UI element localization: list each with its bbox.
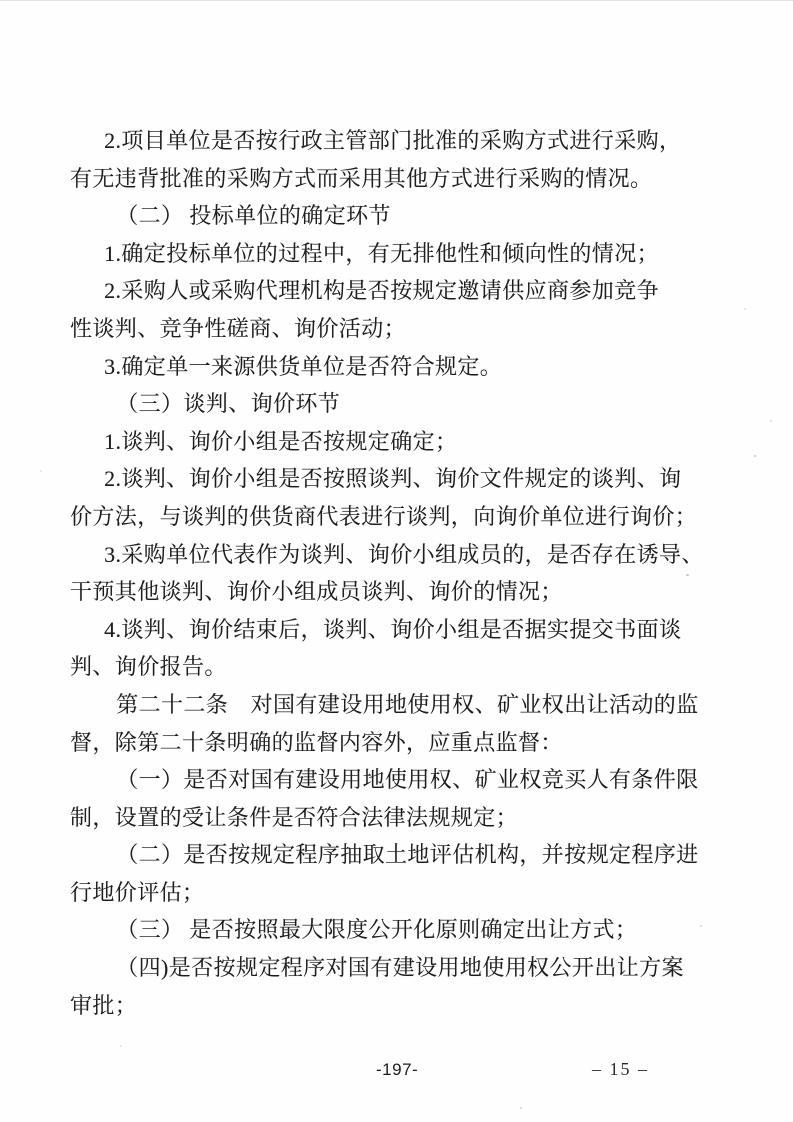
- text-line: 审批；: [70, 987, 670, 1025]
- text-line: （三）谈判、询价环节: [70, 385, 670, 423]
- text-line: 行地价评估；: [70, 874, 670, 912]
- text-line: 3.采购单位代表作为谈判、询价小组成员的，是否存在诱导、: [70, 536, 670, 574]
- footer-page-number-main: -197-: [376, 1060, 418, 1080]
- text-line: 判、询价报告。: [70, 648, 670, 686]
- scan-noise-speck: [754, 455, 756, 457]
- text-line: 第二十二条 对国有建设用地使用权、矿业权出让活动的监: [70, 686, 670, 724]
- text-line: 干预其他谈判、询价小组成员谈判、询价的情况；: [70, 573, 670, 611]
- text-line: 制，设置的受让条件是否符合法律法规规定；: [70, 799, 670, 837]
- scan-noise-speck: [120, 1045, 122, 1047]
- text-line: 2.项目单位是否按行政主管部门批准的采购方式进行采购，: [70, 122, 670, 160]
- text-line: 1.确定投标单位的过程中，有无排他性和倾向性的情况；: [70, 235, 670, 273]
- scan-noise-speck: [770, 420, 772, 422]
- document-body: 2.项目单位是否按行政主管部门批准的采购方式进行采购，有无违背批准的采购方式而采…: [70, 122, 670, 1024]
- scan-noise-speck: [520, 1107, 522, 1109]
- text-line: 督，除第二十条明确的监督内容外，应重点监督：: [70, 724, 670, 762]
- scan-noise-speck: [700, 925, 702, 927]
- footer-page-number-secondary: – 15 –: [592, 1059, 649, 1080]
- text-line: 2.采购人或采购代理机构是否按规定邀请供应商参加竞争: [70, 272, 670, 310]
- text-line: （一）是否对国有建设用地使用权、矿业权竞买人有条件限: [70, 761, 670, 799]
- scan-edge-artifact: [0, 0, 793, 1]
- text-line: 有无违背批准的采购方式而采用其他方式进行采购的情况。: [70, 160, 670, 198]
- text-line: （三） 是否按照最大限度公开化原则确定出让方式；: [70, 911, 670, 949]
- scan-noise-speck: [40, 470, 42, 472]
- text-line: （二） 投标单位的确定环节: [70, 197, 670, 235]
- text-line: （二）是否按规定程序抽取土地评估机构，并按规定程序进: [70, 836, 670, 874]
- text-line: 性谈判、竞争性磋商、询价活动；: [70, 310, 670, 348]
- text-line: （四)是否按规定程序对国有建设用地使用权公开出让方案: [70, 949, 670, 987]
- text-line: 3.确定单一来源供货单位是否符合规定。: [70, 348, 670, 386]
- text-line: 4.谈判、询价结束后，谈判、询价小组是否据实提交书面谈: [70, 611, 670, 649]
- text-line: 2.谈判、询价小组是否按照谈判、询价文件规定的谈判、询: [70, 460, 670, 498]
- scan-noise-speck: [686, 574, 689, 576]
- scanned-document-page: 2.项目单位是否按行政主管部门批准的采购方式进行采购，有无违背批准的采购方式而采…: [0, 0, 793, 1122]
- scan-noise-speck: [744, 308, 746, 310]
- text-line: 1.谈判、询价小组是否按规定确定；: [70, 423, 670, 461]
- text-line: 价方法，与谈判的供货商代表进行谈判，向询价单位进行询价；: [70, 498, 670, 536]
